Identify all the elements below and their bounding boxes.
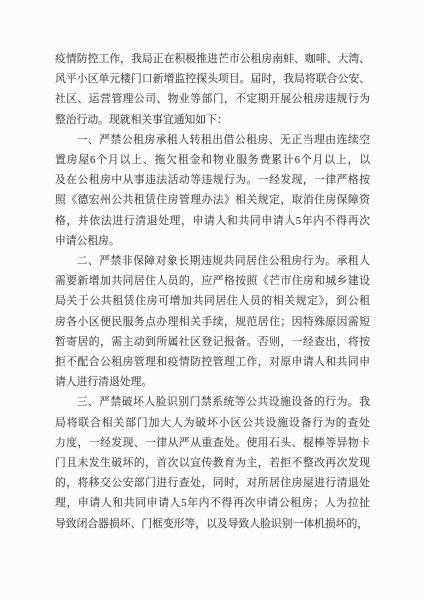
text-line: 风平小区单元楼门口新增监控探头项目。届时，我局将联合公安、	[55, 69, 370, 89]
text-line: 请人进行清退处理。	[55, 372, 370, 392]
text-line: 局关于公共租赁住房可增加共同居住人员的相关规定》，到公租	[55, 291, 370, 311]
text-line: 导致闭合器损坏、门框变形等，以及导致人脸识别一体机损坏的，	[55, 514, 370, 534]
document-page: 疫情防控工作，我局正在积极推进芒市公租房南蚌、咖啡、大湾、风平小区单元楼门口新增…	[0, 0, 424, 600]
text-line: 拒不配合公租房管理和疫情防控管理工作，对原申请人和共同申	[55, 352, 370, 372]
paragraph: 三、严禁破坏人脸识别门禁系统等公共设施设备的行为。我局将联合相关部门加大人为破坏…	[55, 392, 370, 533]
text-line: 房各小区便民服务点办理相关手续，规范居住；因特殊原因需短	[55, 312, 370, 332]
text-line: 置房屋6个月以上、拖欠租金和物业服务费累计6个月以上，以	[55, 150, 370, 170]
text-line: 及在公租房中从事违法活动等违规行为。一经发现，一律严格按	[55, 170, 370, 190]
document-background: { "colors": { "background": "#fcfcfb", "…	[0, 0, 424, 600]
text-line: 整治行动。现就相关事宜通知如下：	[55, 110, 370, 130]
text-line: 社区、运营管理公司、物业等部门，不定期开展公租房违规行为	[55, 89, 370, 109]
text-line: 局将联合相关部门加大人为破坏小区公共设施设备行为的查处	[55, 413, 370, 433]
text-line: 二、严禁非保障对象长期违规共同居住公租房行为。承租人	[55, 251, 370, 271]
paragraph: 疫情防控工作，我局正在积极推进芒市公租房南蚌、咖啡、大湾、风平小区单元楼门口新增…	[55, 49, 370, 130]
text-line: 照《德宏州公共租赁住房管理办法》相关规定，取消住房保障资	[55, 190, 370, 210]
paragraph: 一、严禁公租房承租人转租出借公租房、无正当理由连续空置房屋6个月以上、拖欠租金和…	[55, 130, 370, 251]
text-line: 门且未发生破坏的，首次以宣传教育为主，若拒不整改再次发现	[55, 453, 370, 473]
text-line: 的，将移交公安部门进行查处，同时，对所居住房屋进行清退处	[55, 473, 370, 493]
document-body: 疫情防控工作，我局正在积极推进芒市公租房南蚌、咖啡、大湾、风平小区单元楼门口新增…	[55, 49, 370, 534]
text-line: 需要新增加共同居住人员的，应严格按照《芒市住房和城乡建设	[55, 271, 370, 291]
paragraph: 二、严禁非保障对象长期违规共同居住公租房行为。承租人需要新增加共同居住人员的，应…	[55, 251, 370, 392]
text-line: 申请公租房。	[55, 231, 370, 251]
text-line: 力度，一经发现、一律从严从重查处。使用石头、棍棒等异物卡	[55, 433, 370, 453]
text-line: 疫情防控工作，我局正在积极推进芒市公租房南蚌、咖啡、大湾、	[55, 49, 370, 69]
text-line: 三、严禁破坏人脸识别门禁系统等公共设施设备的行为。我	[55, 392, 370, 412]
text-line: 暂寄居的，需主动到所属社区登记报备。否则，一经查出，将按	[55, 332, 370, 352]
text-line: 格，并依法进行清退处理，申请人和共同申请人5年内不得再次	[55, 211, 370, 231]
text-line: 理，申请人和共同申请人5年内不得再次申请公租房；人为拉扯	[55, 493, 370, 513]
text-line: 一、严禁公租房承租人转租出借公租房、无正当理由连续空	[55, 130, 370, 150]
